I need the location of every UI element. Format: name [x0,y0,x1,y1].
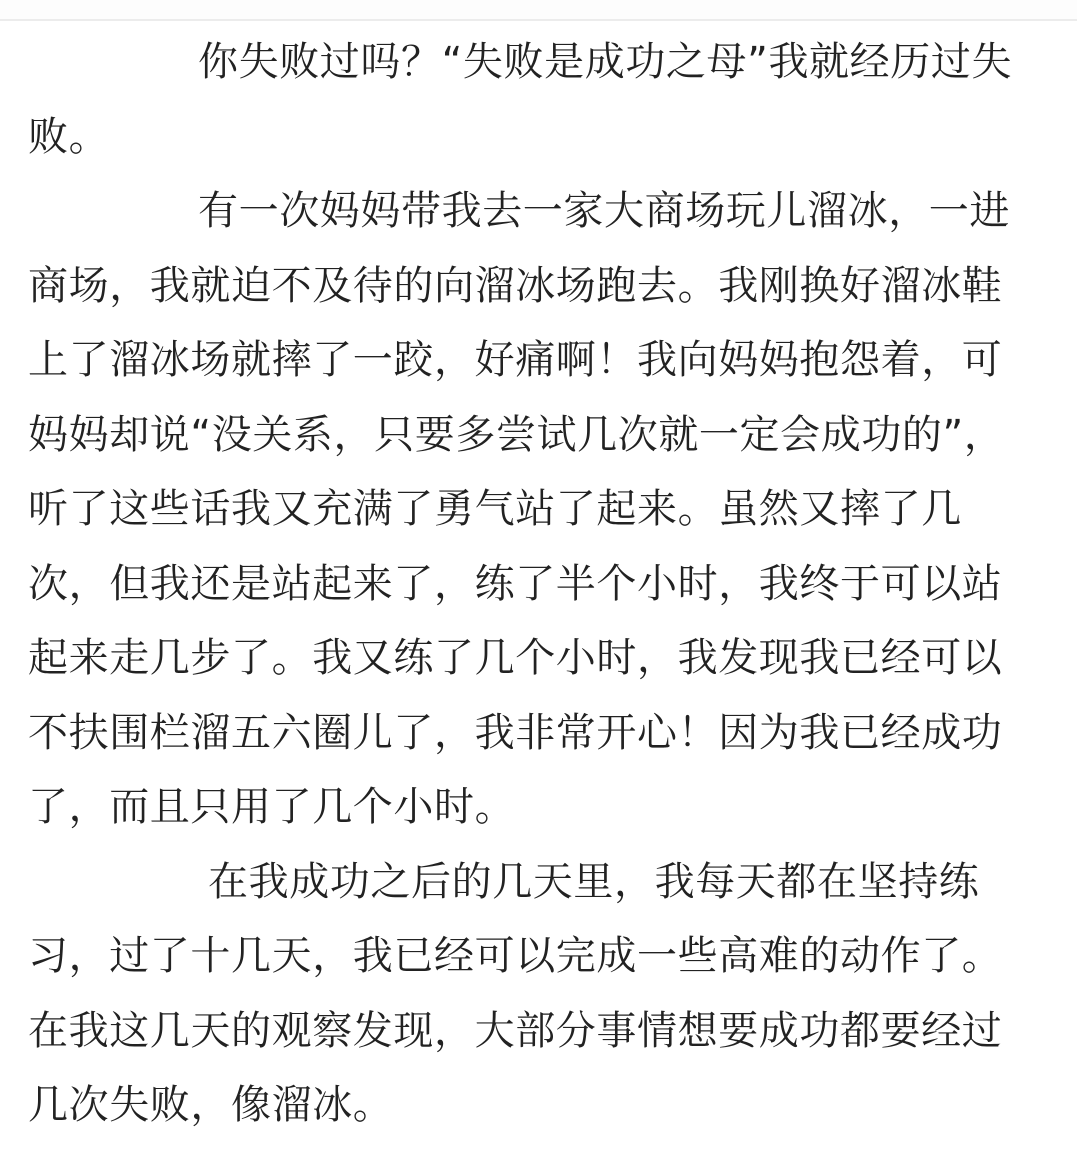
paragraph-2-line-6: 次，但我还是站起来了，练了半个小时，我终于可以站 [28,554,1048,629]
top-bar [0,0,1077,21]
paragraph-2-line-8: 不扶围栏溜五六圈儿了，我非常开心！因为我已经成功 [28,703,1048,778]
paragraph-2-line-4: 妈妈却说“没关系，只要多尝试几次就一定会成功的”， [28,405,1048,480]
paragraph-2-line-3: 上了溜冰场就摔了一跤，好痛啊！我向妈妈抱怨着，可 [28,330,1048,405]
paragraph-2-line-1: 有一次妈妈带我去一家大商场玩儿溜冰，一进 [28,181,1048,256]
paragraph-2-line-9: 了，而且只用了几个小时。 [28,777,1048,852]
paragraph-3-line-3: 在我这几天的观察发现，大部分事情想要成功都要经过 [28,1001,1048,1076]
paragraph-2-line-5: 听了这些话我又充满了勇气站了起来。虽然又摔了几 [28,479,1048,554]
paragraph-2-line-7: 起来走几步了。我又练了几个小时，我发现我已经可以 [28,628,1048,703]
paragraph-3-line-4: 几次失败，像溜冰。 [28,1075,1048,1150]
paragraph-3-line-1: 在我成功之后的几天里，我每天都在坚持练 [28,852,1048,927]
paragraph-1-line-2: 败。 [28,107,1048,182]
article-body: 你失败过吗？“失败是成功之母”我就经历过失 败。 有一次妈妈带我去一家大商场玩儿… [28,32,1048,1150]
paragraph-3-line-2: 习，过了十几天，我已经可以完成一些高难的动作了。 [28,926,1048,1001]
paragraph-1-line-1: 你失败过吗？“失败是成功之母”我就经历过失 [28,32,1048,107]
paragraph-2-line-2: 商场，我就迫不及待的向溜冰场跑去。我刚换好溜冰鞋 [28,256,1048,331]
